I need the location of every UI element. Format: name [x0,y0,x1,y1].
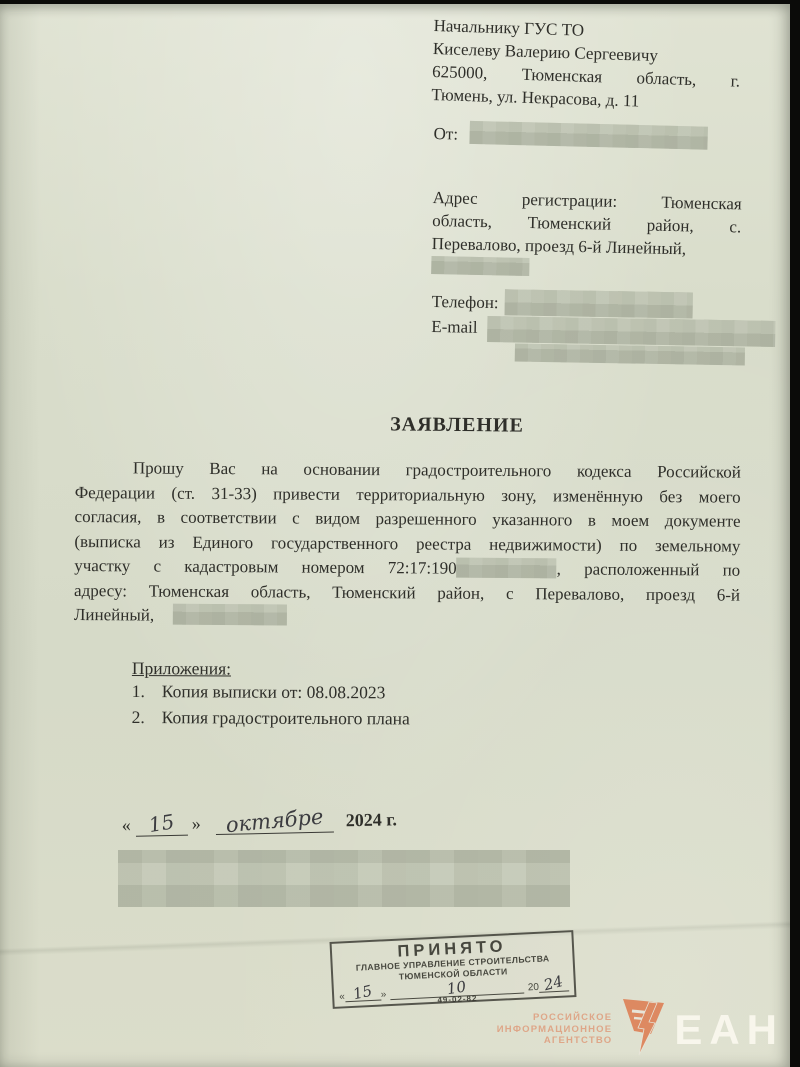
redacted-phone [504,289,692,318]
photo-top-edge [0,0,800,4]
attachment-number: 2. [132,704,162,730]
stamp-handwritten-year: 24 [543,975,565,991]
stamp-day-blank: 15 [344,986,381,1003]
date-year: 2024 г. [345,809,397,830]
redacted-email [487,316,775,347]
attachment-item: 1.Копия выписки от: 08.08.2023 [132,679,410,706]
date-day-blank: 15 [135,811,188,837]
agency-line: АГЕНТСТВО [497,1035,613,1047]
stamp-handwritten-day: 15 [352,984,373,1000]
agency-name: РОССИЙСКОЕ ИНФОРМАЦИОННОЕ АГЕНТСТВО [497,1012,613,1047]
date-open-quote: « [122,815,131,835]
attachment-text: Копия выписки от: 08.08.2023 [162,681,386,702]
cadastral-prefix: участку с кадастровым номером 72:17:190 [74,556,457,578]
from-label: От: [433,124,458,144]
cadastral-suffix: , расположенный по [557,559,741,579]
stamp-month-blank: 10 49-02-82 [390,979,524,1001]
email-label: E-mail [431,315,478,339]
redacted-from-name [470,121,708,150]
recipient-block: Начальнику ГУС ТО Киселеву Валерию Серге… [431,14,742,116]
agency-line: РОССИЙСКОЕ [497,1012,613,1024]
agency-line: ИНФОРМАЦИОННОЕ [497,1024,613,1036]
body-line-last: Линейный, [74,603,740,632]
date-close-quote: » [192,813,201,833]
attachment-number: 1. [132,679,162,705]
redacted-signature [118,850,570,907]
date-month-blank: октябре [215,808,333,835]
photographed-document: Начальнику ГУС ТО Киселеву Валерию Серге… [0,0,800,1067]
body-line-last-text: Линейный, [74,605,154,625]
stamp-year-prefix: 20 [528,982,540,994]
redacted-address-detail [431,256,529,276]
ean-watermark: РОССИЙСКОЕ ИНФОРМАЦИОННОЕ АГЕНТСТВО ЕАН [497,998,784,1061]
stamp-close-quote: » [380,989,386,1000]
photo-right-edge [790,0,800,1067]
ean-logo-text: ЕАН [674,1009,784,1051]
attachments-block: Приложения: 1.Копия выписки от: 08.08.20… [132,658,410,731]
contacts-block: Телефон: E-mail [431,288,776,366]
handwritten-month: октябре [224,804,323,837]
handwritten-day: 15 [147,809,176,837]
redacted-cadastral-number [457,558,557,579]
attachments-heading: Приложения: [132,658,410,680]
attachment-item: 2.Копия градостроительного плана [132,704,410,731]
attachment-text: Копия градостроительного плана [162,707,410,728]
ean-funnel-lightning-icon [619,998,667,1061]
phone-label: Телефон: [432,289,499,313]
stamp-handwritten-month: 10 [447,980,468,995]
stamp-year-blank: 24 [539,976,570,992]
redacted-house-number [172,604,286,626]
registration-block: Адрес регистрации: Тюменская область, Тю… [431,186,742,280]
body-paragraph: Прошу Вас на основании градостроительног… [74,456,741,632]
